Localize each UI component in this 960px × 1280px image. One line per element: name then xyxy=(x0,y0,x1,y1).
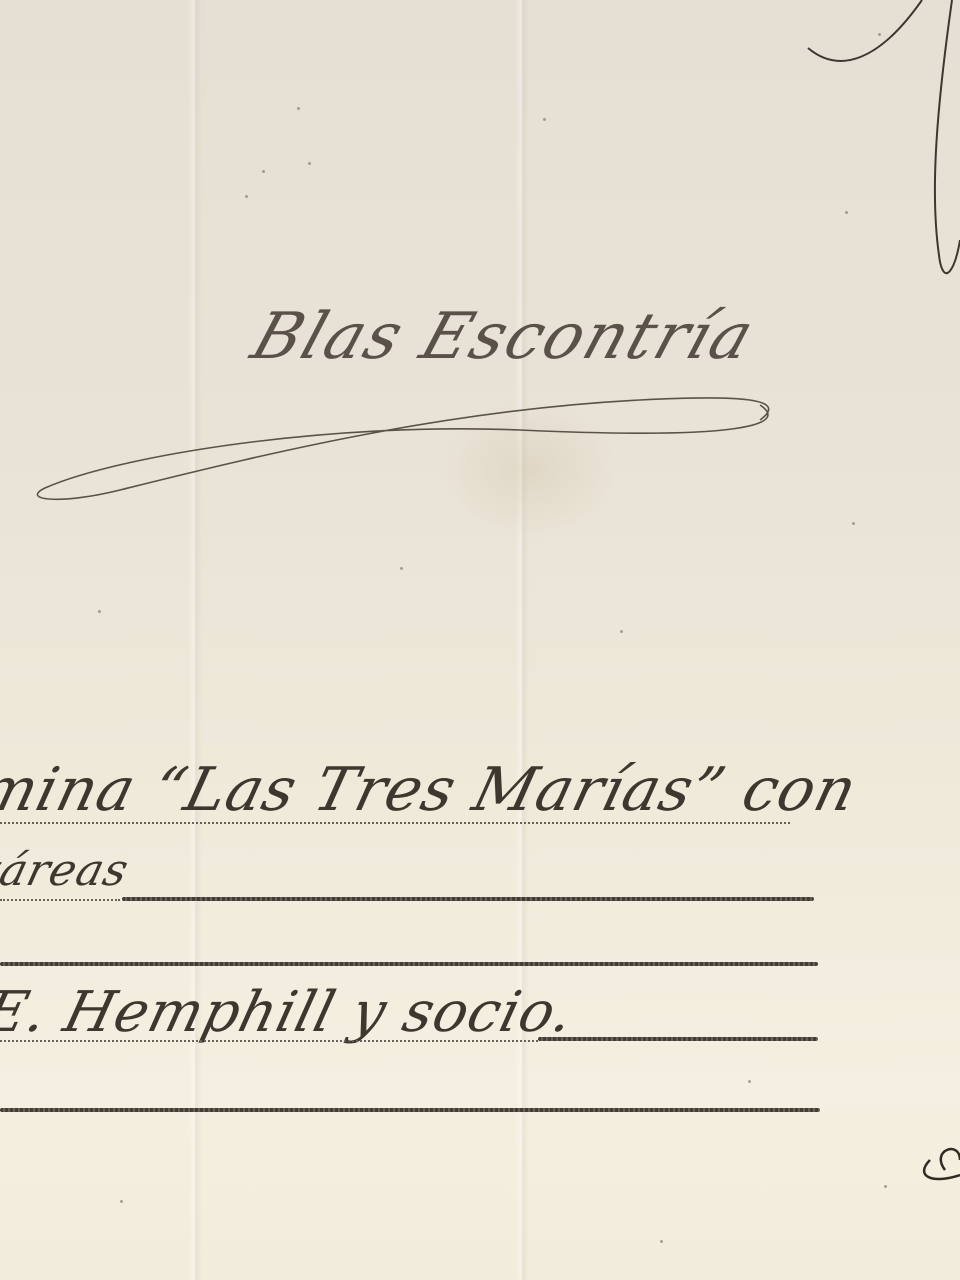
paper-speck xyxy=(852,522,855,525)
paper-speck xyxy=(98,610,101,613)
signature-paraph xyxy=(37,398,768,499)
paper-speck xyxy=(884,1185,887,1188)
top-right-loop xyxy=(935,0,960,273)
form-line-4-dotted-rule xyxy=(0,1040,538,1042)
paper-stain xyxy=(440,400,620,540)
form-line-2-rule xyxy=(122,897,814,901)
paper-speck xyxy=(400,567,403,570)
form-line-1-text: mina “Las Tres Marías” con xyxy=(0,755,864,825)
paper-speck xyxy=(245,195,248,198)
paper-speck xyxy=(308,162,311,165)
fold-crease-left xyxy=(188,0,202,1280)
bottom-right-capital-fragment xyxy=(924,1149,960,1179)
paper-speck xyxy=(660,1240,663,1243)
paper-speck xyxy=(845,211,848,214)
paper-speck xyxy=(878,33,881,36)
paper-speck xyxy=(262,170,265,173)
form-line-2-text: táreas xyxy=(0,845,134,896)
paper-speck xyxy=(543,118,546,121)
paper-speck xyxy=(748,1080,751,1083)
top-right-flourish xyxy=(808,0,922,61)
form-line-5-rule xyxy=(0,1108,820,1112)
paper-speck xyxy=(620,630,623,633)
form-line-4-text: E. Hemphill y socio. xyxy=(0,980,581,1045)
form-line-3-rule xyxy=(0,962,818,966)
paper-speck xyxy=(297,107,300,110)
paper-speck xyxy=(120,1200,123,1203)
document-paper: Blas Escontría mina “Las Tres Marías” co… xyxy=(0,0,960,1280)
form-line-1-dotted-rule xyxy=(0,822,790,824)
form-line-4-rule xyxy=(538,1037,818,1041)
signature: Blas Escontría xyxy=(243,300,764,374)
fold-crease-right xyxy=(515,0,529,1280)
form-line-2-dotted-rule xyxy=(0,899,120,901)
ink-flourishes xyxy=(0,0,960,1280)
